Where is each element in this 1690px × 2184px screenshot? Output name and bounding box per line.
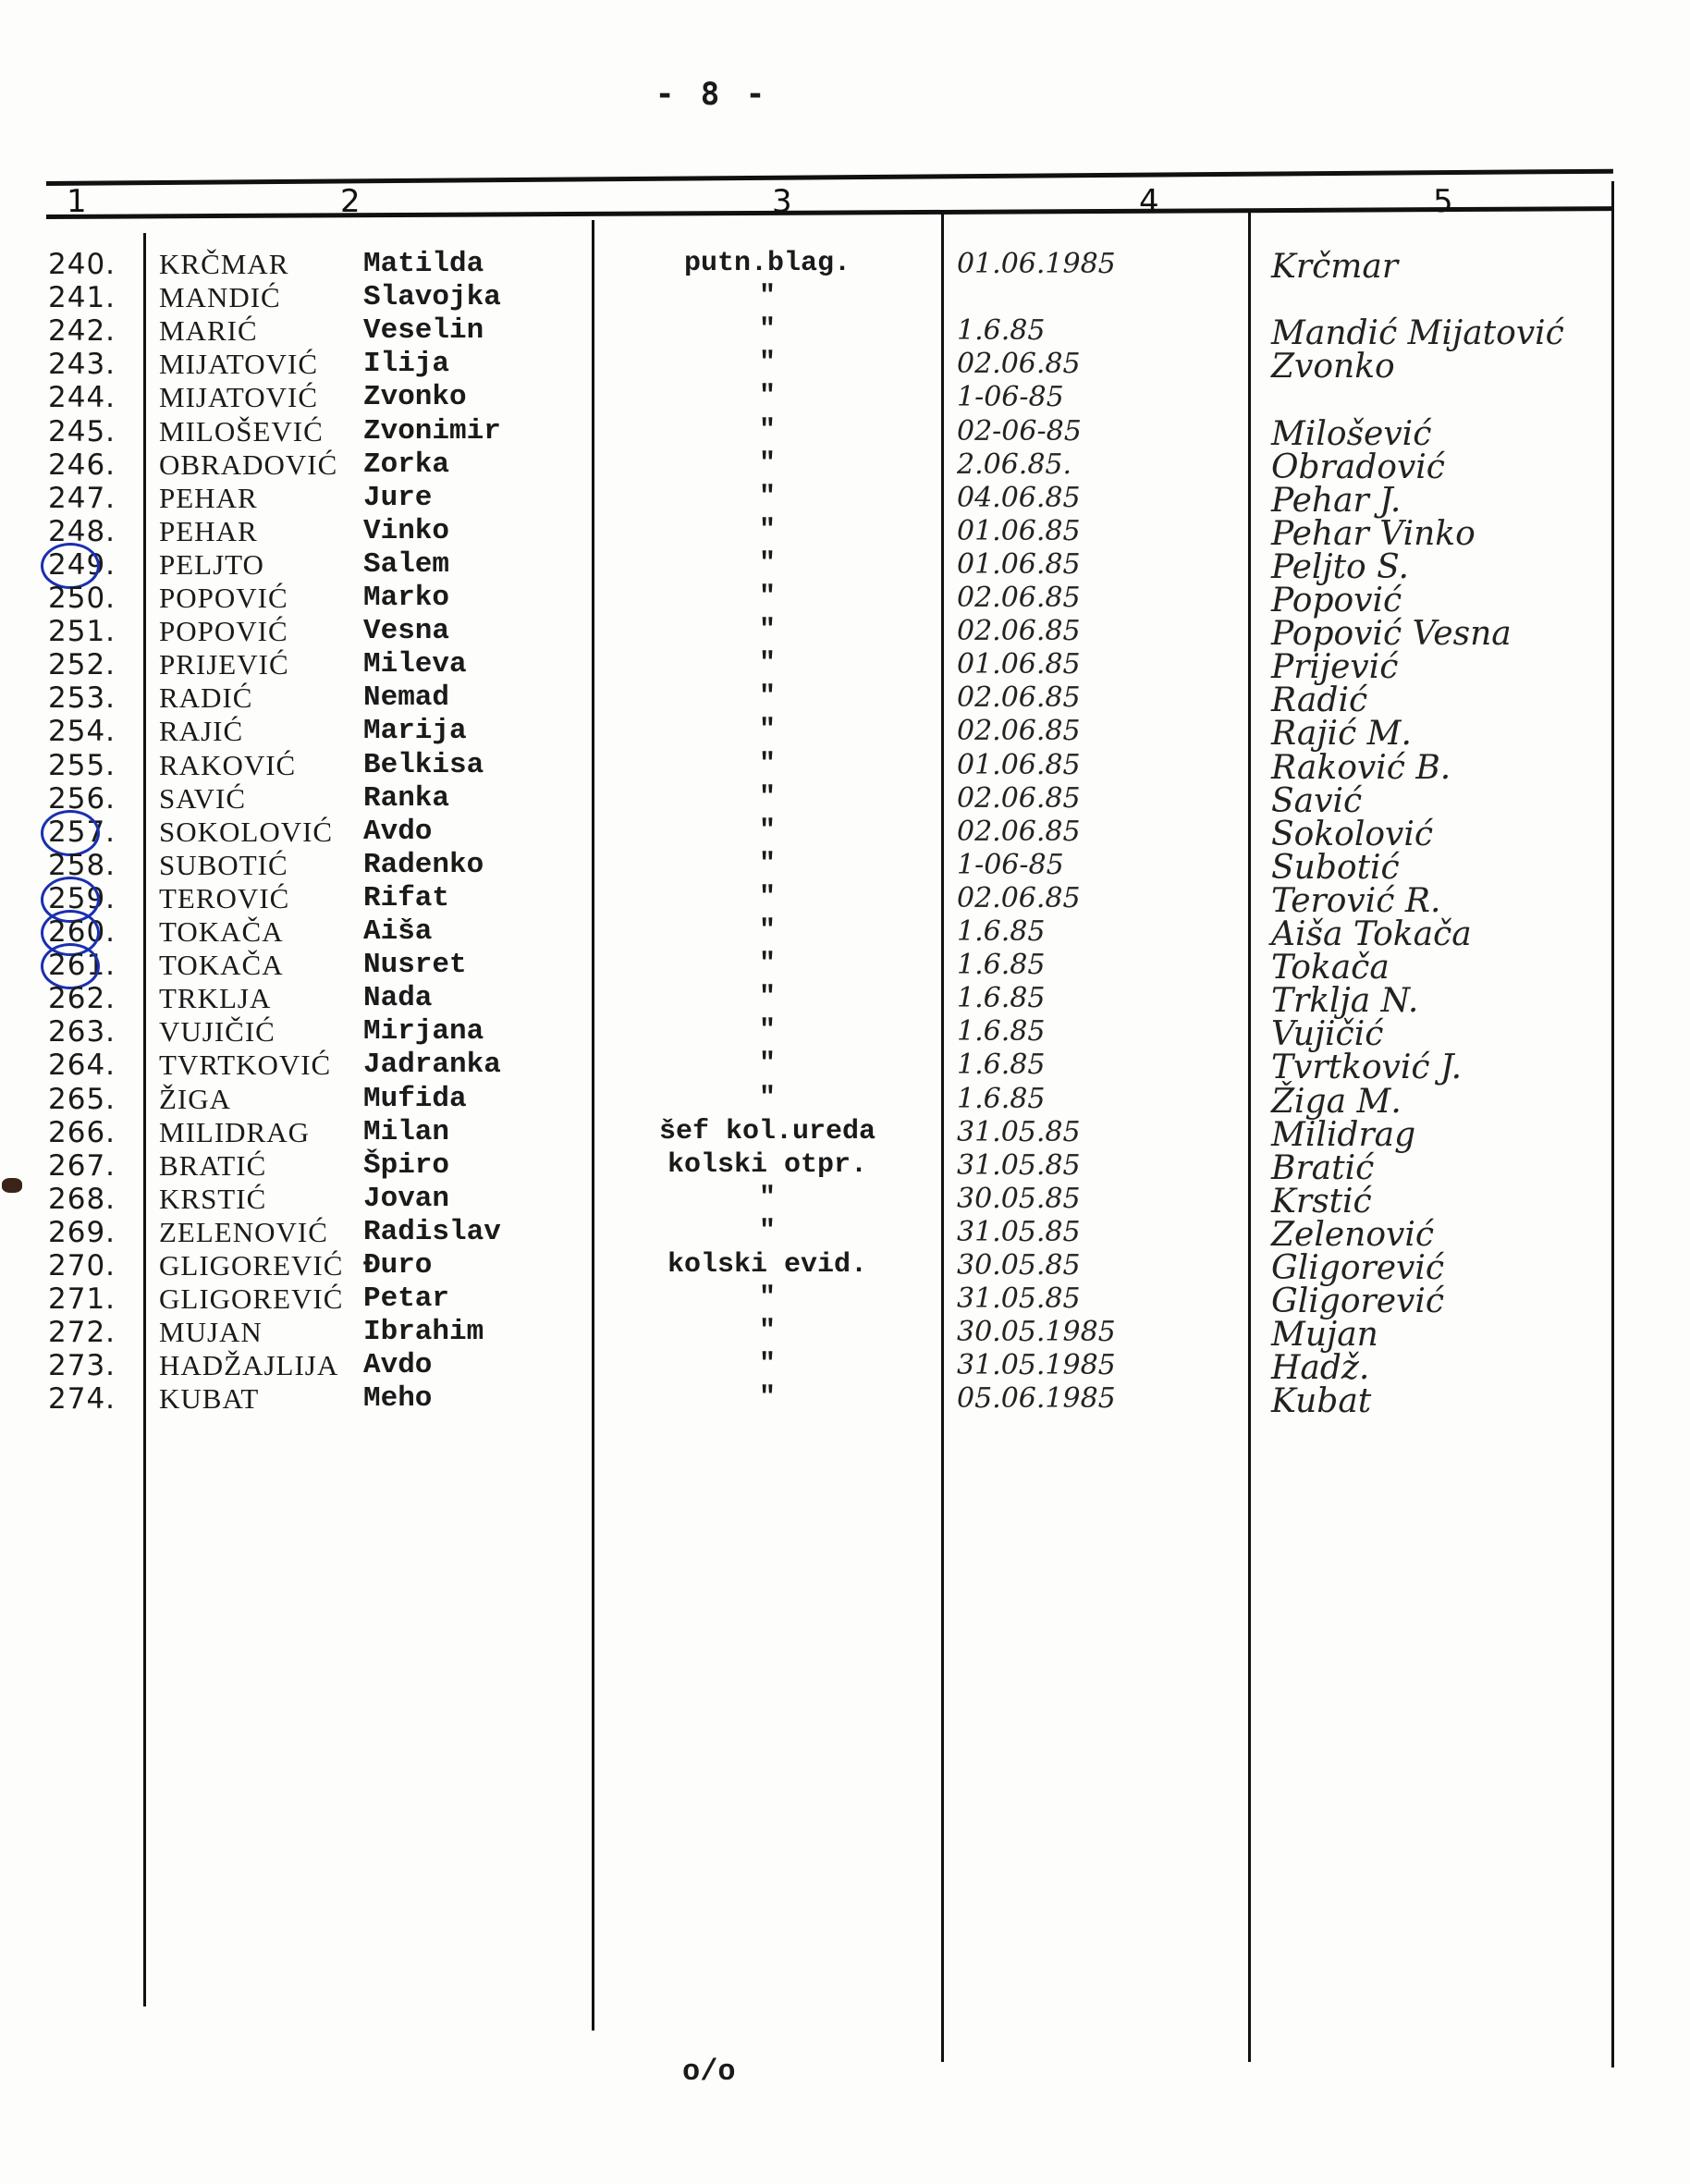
- surname: ZELENOVIĆ: [159, 1216, 328, 1249]
- column-number-3: 3: [772, 183, 792, 220]
- row-number: 255.: [48, 749, 141, 782]
- signature: Savić: [1271, 782, 1604, 820]
- table-row: 245.MILOŠEVIĆZvonimir"02-06-85Milošević: [0, 415, 1690, 448]
- first-name: Ibrahim: [363, 1316, 484, 1348]
- first-name: Jovan: [363, 1183, 449, 1215]
- job-title: kolski otpr.: [610, 1149, 925, 1181]
- job-title: ": [610, 1049, 925, 1080]
- surname: PEHAR: [159, 482, 258, 515]
- first-name: Nemad: [363, 681, 449, 714]
- first-name: Zvonko: [363, 381, 467, 413]
- job-title: ": [610, 1382, 925, 1414]
- first-name: Marija: [363, 715, 467, 747]
- table-row: 271.GLIGOREVIĆPetar"31.05.85Gligorević: [0, 1282, 1690, 1316]
- surname: TVRTKOVIĆ: [159, 1049, 331, 1082]
- row-number: 250.: [48, 582, 141, 615]
- signature: Prijević: [1271, 648, 1604, 686]
- first-name: Špiro: [363, 1149, 449, 1182]
- handwritten-date: 01.06.85: [957, 749, 1234, 781]
- signature: Trklja N.: [1271, 982, 1604, 1020]
- job-title: ": [610, 348, 925, 379]
- handwritten-date: 30.05.85: [957, 1183, 1234, 1215]
- handwritten-date: 30.05.85: [957, 1249, 1234, 1282]
- handwritten-date: 31.05.85: [957, 1216, 1234, 1248]
- document-page: - 8 - 1 2 3 4 5 240.KRČMARMatildaputn.bl…: [0, 0, 1690, 2184]
- job-title: ": [610, 1216, 925, 1247]
- table-row: 240.KRČMARMatildaputn.blag.01.06.1985Krč…: [0, 248, 1690, 281]
- header-bottom-rule: [46, 206, 1613, 219]
- job-title: ": [610, 448, 925, 480]
- surname: RAKOVIĆ: [159, 749, 296, 782]
- table-row: 256.SAVIĆRanka"02.06.85Savić: [0, 782, 1690, 816]
- table-row: 261.TOKAČANusret"1.6.85Tokača: [0, 949, 1690, 982]
- table-row: 249.PELJTOSalem"01.06.85Peljto S.: [0, 548, 1690, 582]
- signature: Rajić M.: [1271, 715, 1604, 753]
- surname: SUBOTIĆ: [159, 849, 288, 882]
- surname: MUJAN: [159, 1316, 263, 1349]
- first-name: Matilda: [363, 248, 484, 280]
- handwritten-date: 01.06.85: [957, 648, 1234, 681]
- surname: PELJTO: [159, 548, 264, 582]
- table-row: 273.HADŽAJLIJAAvdo"31.05.1985Hadž.: [0, 1349, 1690, 1382]
- surname: RAJIĆ: [159, 715, 243, 748]
- job-title: ": [610, 816, 925, 847]
- surname: TOKAČA: [159, 915, 284, 949]
- table-row: 264.TVRTKOVIĆJadranka"1.6.85Tvrtković J.: [0, 1049, 1690, 1082]
- signature: Milidrag: [1271, 1116, 1604, 1154]
- first-name: Ranka: [363, 782, 449, 815]
- signature: Gligorević: [1271, 1249, 1604, 1287]
- surname: POPOVIĆ: [159, 582, 288, 615]
- job-title: šef kol.ureda: [610, 1116, 925, 1147]
- first-name: Slavojka: [363, 281, 501, 313]
- surname: OBRADOVIĆ: [159, 448, 337, 482]
- surname: MIJATOVIĆ: [159, 348, 318, 381]
- job-title: ": [610, 949, 925, 980]
- first-name: Vesna: [363, 615, 449, 647]
- signature: Raković B.: [1271, 749, 1604, 787]
- column-number-2: 2: [340, 183, 361, 220]
- signature: Sokolović: [1271, 816, 1604, 853]
- job-title: ": [610, 1349, 925, 1380]
- surname: TEROVIĆ: [159, 882, 289, 915]
- ink-smudge: [2, 1178, 22, 1193]
- handwritten-date: 01.06.85: [957, 515, 1234, 547]
- table-row: 265.ŽIGAMufida"1.6.85Žiga M.: [0, 1083, 1690, 1116]
- handwritten-date: 02-06-85: [957, 415, 1234, 448]
- table-row: 272.MUJANIbrahim"30.05.1985Mujan: [0, 1316, 1690, 1349]
- surname: VUJIČIĆ: [159, 1015, 276, 1049]
- signature: Terović R.: [1271, 882, 1604, 920]
- table-row: 251.POPOVIĆVesna"02.06.85Popović Vesna: [0, 615, 1690, 648]
- surname: RADIĆ: [159, 681, 252, 715]
- row-number: 274.: [48, 1382, 141, 1416]
- first-name: Zorka: [363, 448, 449, 481]
- signature: Hadž.: [1271, 1349, 1604, 1387]
- table-row: 255.RAKOVIĆBelkisa"01.06.85Raković B.: [0, 749, 1690, 782]
- row-number: 267.: [48, 1149, 141, 1183]
- surname: GLIGOREVIĆ: [159, 1282, 343, 1316]
- job-title: ": [610, 1282, 925, 1314]
- handwritten-date: 02.06.85: [957, 681, 1234, 714]
- first-name: Mileva: [363, 648, 467, 681]
- job-title: kolski evid.: [610, 1249, 925, 1281]
- column-number-4: 4: [1139, 183, 1159, 220]
- job-title: ": [610, 314, 925, 346]
- table-row: 243.MIJATOVIĆIlija"02.06.85Zvonko: [0, 348, 1690, 381]
- surname: GLIGOREVIĆ: [159, 1249, 343, 1282]
- job-title: ": [610, 882, 925, 914]
- header-top-rule: [46, 169, 1613, 186]
- handwritten-date: 1.6.85: [957, 982, 1234, 1014]
- first-name: Radenko: [363, 849, 484, 881]
- handwritten-date: 31.05.85: [957, 1149, 1234, 1182]
- handwritten-date: 2.06.85.: [957, 448, 1234, 481]
- row-number: 268.: [48, 1183, 141, 1216]
- surname: BRATIĆ: [159, 1149, 266, 1183]
- first-name: Rifat: [363, 882, 449, 914]
- first-name: Petar: [363, 1282, 449, 1315]
- row-number: 263.: [48, 1015, 141, 1049]
- job-title: ": [610, 582, 925, 613]
- signature: Mujan: [1271, 1316, 1604, 1354]
- row-number: 254.: [48, 715, 141, 748]
- first-name: Vinko: [363, 515, 449, 547]
- surname: SAVIĆ: [159, 782, 246, 816]
- table-row: 242.MARIĆVeselin"1.6.85Mandić Mijatović: [0, 314, 1690, 348]
- signature: Bratić: [1271, 1149, 1604, 1187]
- handwritten-date: 05.06.1985: [957, 1382, 1234, 1415]
- signature: Žiga M.: [1271, 1083, 1604, 1121]
- handwritten-date: 1-06-85: [957, 381, 1234, 413]
- first-name: Jure: [363, 482, 432, 514]
- surname: MILIDRAG: [159, 1116, 310, 1149]
- table-row: 246.OBRADOVIĆZorka"2.06.85.Obradović: [0, 448, 1690, 482]
- row-number: 240.: [48, 248, 141, 281]
- row-number: 247.: [48, 482, 141, 515]
- surname: KRČMAR: [159, 248, 288, 281]
- table-row: 269.ZELENOVIĆRadislav"31.05.85Zelenović: [0, 1216, 1690, 1249]
- job-title: ": [610, 715, 925, 746]
- first-name: Mufida: [363, 1083, 467, 1115]
- handwritten-date: 1.6.85: [957, 1015, 1234, 1048]
- handwritten-date: 04.06.85: [957, 482, 1234, 514]
- row-number: 241.: [48, 281, 141, 314]
- signature: Popović: [1271, 582, 1604, 620]
- first-name: Marko: [363, 582, 449, 614]
- handwritten-date: 02.06.85: [957, 615, 1234, 647]
- handwritten-date: 31.05.1985: [957, 1349, 1234, 1381]
- table-row: 248.PEHARVinko"01.06.85Pehar Vinko: [0, 515, 1690, 548]
- table-row: 247.PEHARJure"04.06.85Pehar J.: [0, 482, 1690, 515]
- row-number: 252.: [48, 648, 141, 681]
- row-number: 264.: [48, 1049, 141, 1082]
- surname: TRKLJA: [159, 982, 271, 1015]
- row-number: 269.: [48, 1216, 141, 1249]
- table-row: 268.KRSTIĆJovan"30.05.85Krstić: [0, 1183, 1690, 1216]
- handwritten-date: 01.06.1985: [957, 248, 1234, 280]
- signature: Kubat: [1271, 1382, 1604, 1420]
- job-title: ": [610, 915, 925, 947]
- table-row: 258.SUBOTIĆRadenko"1-06-85Subotić: [0, 849, 1690, 882]
- row-number: 245.: [48, 415, 141, 448]
- signature: Krstić: [1271, 1183, 1604, 1221]
- job-title: ": [610, 415, 925, 447]
- surname: MANDIĆ: [159, 281, 281, 314]
- table-row: 263.VUJIČIĆMirjana"1.6.85Vujičić: [0, 1015, 1690, 1049]
- first-name: Nusret: [363, 949, 467, 981]
- signature: Tokača: [1271, 949, 1604, 987]
- table-row: 259.TEROVIĆRifat"02.06.85Terović R.: [0, 882, 1690, 915]
- signature: Pehar Vinko: [1271, 515, 1604, 553]
- job-title: ": [610, 1083, 925, 1114]
- job-title: ": [610, 681, 925, 713]
- row-number: 265.: [48, 1083, 141, 1116]
- handwritten-date: 02.06.85: [957, 882, 1234, 914]
- job-title: ": [610, 1015, 925, 1047]
- signature: Obradović: [1271, 448, 1604, 486]
- first-name: Avdo: [363, 1349, 432, 1381]
- surname: MIJATOVIĆ: [159, 381, 318, 414]
- signature: Peljto S.: [1271, 548, 1604, 586]
- handwritten-date: 02.06.85: [957, 582, 1234, 614]
- first-name: Meho: [363, 1382, 432, 1415]
- job-title: ": [610, 782, 925, 814]
- surname: MARIĆ: [159, 314, 258, 348]
- first-name: Aiša: [363, 915, 432, 948]
- table-row: 266.MILIDRAGMilanšef kol.ureda31.05.85Mi…: [0, 1116, 1690, 1149]
- signature: Krčmar: [1271, 248, 1604, 286]
- table-row: 253.RADIĆNemad"02.06.85Radić: [0, 681, 1690, 715]
- row-number: 262.: [48, 982, 141, 1015]
- job-title: putn.blag.: [610, 248, 925, 279]
- row-number: 266.: [48, 1116, 141, 1149]
- signature: Mandić Mijatović: [1271, 314, 1604, 352]
- row-number: 243.: [48, 348, 141, 381]
- job-title: ": [610, 1316, 925, 1347]
- handwritten-date: 1-06-85: [957, 849, 1234, 881]
- job-title: ": [610, 515, 925, 546]
- signature: Pehar J.: [1271, 482, 1604, 520]
- table-row: 270.GLIGOREVIĆĐurokolski evid.30.05.85Gl…: [0, 1249, 1690, 1282]
- table-row: 260.TOKAČAAiša"1.6.85Aiša Tokača: [0, 915, 1690, 949]
- row-number: 242.: [48, 314, 141, 348]
- surname: KRSTIĆ: [159, 1183, 266, 1216]
- row-number: 273.: [48, 1349, 141, 1382]
- surname: ŽIGA: [159, 1083, 231, 1116]
- signature: Popović Vesna: [1271, 615, 1604, 653]
- handwritten-date: 1.6.85: [957, 949, 1234, 981]
- handwritten-date: 02.06.85: [957, 816, 1234, 848]
- job-title: ": [610, 482, 925, 513]
- handwritten-date: 1.6.85: [957, 915, 1234, 948]
- signature: Subotić: [1271, 849, 1604, 887]
- table-row: 250.POPOVIĆMarko"02.06.85Popović: [0, 582, 1690, 615]
- handwritten-date: 30.05.1985: [957, 1316, 1234, 1348]
- row-number: 244.: [48, 381, 141, 414]
- table-row: 244.MIJATOVIĆZvonko"1-06-85: [0, 381, 1690, 414]
- handwritten-date: 02.06.85: [957, 782, 1234, 815]
- continuation-mark: o/o: [682, 2055, 736, 2089]
- surname: POPOVIĆ: [159, 615, 288, 648]
- table-row: 257.SOKOLOVIĆAvdo"02.06.85Sokolović: [0, 816, 1690, 849]
- row-number: 270.: [48, 1249, 141, 1282]
- table-row: 262.TRKLJANada"1.6.85Trklja N.: [0, 982, 1690, 1015]
- handwritten-date: 01.06.85: [957, 548, 1234, 581]
- signature: Milošević: [1271, 415, 1604, 453]
- signature: Vujičić: [1271, 1015, 1604, 1053]
- job-title: ": [610, 281, 925, 313]
- signature: Tvrtković J.: [1271, 1049, 1604, 1086]
- handwritten-date: 31.05.85: [957, 1282, 1234, 1315]
- job-title: ": [610, 749, 925, 780]
- handwritten-date: 31.05.85: [957, 1116, 1234, 1148]
- job-title: ": [610, 648, 925, 680]
- column-number-5: 5: [1433, 183, 1453, 220]
- surname: KUBAT: [159, 1382, 259, 1416]
- handwritten-date: 02.06.85: [957, 348, 1234, 380]
- surname: PEHAR: [159, 515, 258, 548]
- row-number: 272.: [48, 1316, 141, 1349]
- job-title: ": [610, 849, 925, 880]
- row-number: 251.: [48, 615, 141, 648]
- first-name: Jadranka: [363, 1049, 501, 1081]
- surname: SOKOLOVIĆ: [159, 816, 333, 849]
- surname: HADŽAJLIJA: [159, 1349, 338, 1382]
- first-name: Mirjana: [363, 1015, 484, 1048]
- first-name: Nada: [363, 982, 432, 1014]
- table-row: 274.KUBATMeho"05.06.1985Kubat: [0, 1382, 1690, 1416]
- handwritten-date: 1.6.85: [957, 314, 1234, 347]
- first-name: Ilija: [363, 348, 449, 380]
- job-title: ": [610, 1183, 925, 1214]
- first-name: Salem: [363, 548, 449, 581]
- first-name: Veselin: [363, 314, 484, 347]
- signature: Zvonko: [1271, 348, 1604, 386]
- row-number: 271.: [48, 1282, 141, 1316]
- job-title: ": [610, 982, 925, 1013]
- handwritten-date: 1.6.85: [957, 1083, 1234, 1115]
- handwritten-date: 1.6.85: [957, 1049, 1234, 1081]
- surname: PRIJEVIĆ: [159, 648, 289, 681]
- signature: Gligorević: [1271, 1282, 1604, 1320]
- row-number: 246.: [48, 448, 141, 482]
- row-number: 253.: [48, 681, 141, 715]
- page-number: - 8 -: [647, 76, 777, 113]
- first-name: Radislav: [363, 1216, 501, 1248]
- signature: Aiša Tokača: [1271, 915, 1604, 953]
- table-row: 254.RAJIĆMarija"02.06.85Rajić M.: [0, 715, 1690, 748]
- surname: TOKAČA: [159, 949, 284, 982]
- job-title: ": [610, 548, 925, 580]
- first-name: Đuro: [363, 1249, 432, 1282]
- column-number-1: 1: [67, 183, 87, 220]
- job-title: ": [610, 615, 925, 646]
- first-name: Milan: [363, 1116, 449, 1148]
- signature: Radić: [1271, 681, 1604, 719]
- job-title: ": [610, 381, 925, 412]
- handwritten-date: 02.06.85: [957, 715, 1234, 747]
- signature: Zelenović: [1271, 1216, 1604, 1254]
- first-name: Zvonimir: [363, 415, 501, 448]
- first-name: Belkisa: [363, 749, 484, 781]
- table-row: 241.MANDIĆSlavojka": [0, 281, 1690, 314]
- table-row: 252.PRIJEVIĆMileva"01.06.85Prijević: [0, 648, 1690, 681]
- table-row: 267.BRATIĆŠpirokolski otpr.31.05.85Brati…: [0, 1149, 1690, 1183]
- surname: MILOŠEVIĆ: [159, 415, 324, 448]
- first-name: Avdo: [363, 816, 432, 848]
